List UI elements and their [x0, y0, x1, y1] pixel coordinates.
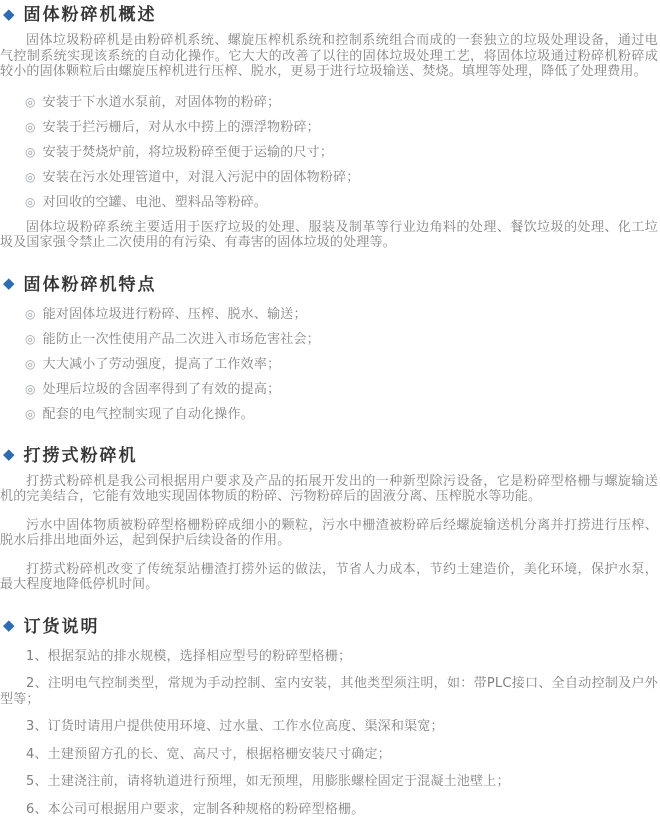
diamond-icon: ◆	[3, 276, 15, 291]
bullet-item: ◎ 对回收的空罐、电池、塑料品等粉碎。	[25, 195, 658, 210]
bullet-item: ◎ 大大减小了劳动强度，提高了工作效率；	[25, 357, 658, 372]
diamond-icon: ◆	[3, 7, 15, 22]
section-title: 固体粉碎机概述	[24, 5, 157, 25]
ring-bullet-icon: ◎	[25, 95, 36, 110]
section-title: 固体粉碎机特点	[24, 275, 157, 295]
section-title: 订货说明	[24, 617, 100, 637]
bullet-item: ◎ 安装于拦污栅后，对从水中捞上的漂浮物粉碎；	[25, 120, 658, 135]
bullet-text: 能防止一次性使用产品二次进入市场危害社会；	[43, 332, 320, 347]
section-solid-crusher-features: ◆ 固体粉碎机特点 ◎ 能对固体垃圾进行粉碎、压榨、脱水、输送； ◎ 能防止一次…	[0, 275, 658, 422]
ordering-item-list: 1、根据泵站的排水规模，选择相应型号的粉碎型格栅； 2、注明电气控制类型，常规为…	[0, 649, 658, 818]
salvage-paragraph: 打捞式粉碎机改变了传统泵站栅渣打捞外运的做法，节省人力成本，节约土建造价，美化环…	[0, 562, 658, 593]
bullet-item: ◎ 安装于下水道水泵前，对固体物的粉碎；	[25, 95, 658, 110]
ring-bullet-icon: ◎	[25, 307, 36, 322]
bullet-text: 安装在污水处理管道中，对混入污泥中的固体物粉碎；	[43, 170, 360, 185]
ordering-item: 2、注明电气控制类型，常规为手动控制、室内安装，其他类型须注明，如：带PLC接口…	[0, 676, 658, 707]
section-heading: ◆ 固体粉碎机特点	[3, 275, 658, 295]
overview-bullet-list: ◎ 安装于下水道水泵前，对固体物的粉碎； ◎ 安装于拦污栅后，对从水中捞上的漂浮…	[0, 95, 658, 210]
ordering-item: 6、本公司可根据用户要求，定制各种规格的粉碎型格栅。	[0, 802, 658, 818]
overview-outro-paragraph: 固体垃圾粉碎系统主要适用于医疗垃圾的处理、服装及制革等行业边角料的处理、餐饮垃圾…	[0, 220, 658, 251]
ring-bullet-icon: ◎	[25, 407, 36, 422]
diamond-icon: ◆	[3, 618, 15, 633]
bullet-text: 安装于拦污栅后，对从水中捞上的漂浮物粉碎；	[43, 120, 320, 135]
bullet-text: 安装于下水道水泵前，对固体物的粉碎；	[43, 95, 281, 110]
salvage-paragraph: 打捞式粉碎机是我公司根据用户要求及产品的拓展开发出的一种新型除污设备，它是粉碎型…	[0, 474, 658, 505]
section-title: 打捞式粉碎机	[24, 446, 138, 466]
bullet-text: 安装于焚烧炉前，将垃圾粉碎至便于运输的尺寸；	[43, 145, 333, 160]
bullet-item: ◎ 配套的电气控制实现了自动化操作。	[25, 407, 658, 422]
section-heading: ◆ 订货说明	[3, 617, 658, 637]
section-heading: ◆ 固体粉碎机概述	[3, 5, 658, 25]
section-ordering-instructions: ◆ 订货说明 1、根据泵站的排水规模，选择相应型号的粉碎型格栅； 2、注明电气控…	[0, 617, 658, 818]
ring-bullet-icon: ◎	[25, 382, 36, 397]
bullet-text: 处理后垃圾的含固率得到了有效的提高；	[43, 382, 281, 397]
ring-bullet-icon: ◎	[25, 357, 36, 372]
ordering-item: 1、根据泵站的排水规模，选择相应型号的粉碎型格栅；	[0, 649, 658, 665]
ring-bullet-icon: ◎	[25, 120, 36, 135]
salvage-paragraph: 污水中固体物质被粉碎型格栅粉碎成细小的颗粒，污水中栅渣被粉碎后经螺旋输送机分离并…	[0, 518, 658, 549]
bullet-item: ◎ 处理后垃圾的含固率得到了有效的提高；	[25, 382, 658, 397]
bullet-item: ◎ 安装在污水处理管道中，对混入污泥中的固体物粉碎；	[25, 170, 658, 185]
ring-bullet-icon: ◎	[25, 332, 36, 347]
ring-bullet-icon: ◎	[25, 195, 36, 210]
product-description-page: ◆ 固体粉碎机概述 固体垃圾粉碎机是由粉碎机系统、螺旋压榨机系统和控制系统组合而…	[0, 0, 660, 817]
bullet-text: 大大减小了劳动强度，提高了工作效率；	[43, 357, 281, 372]
section-solid-crusher-overview: ◆ 固体粉碎机概述 固体垃圾粉碎机是由粉碎机系统、螺旋压榨机系统和控制系统组合而…	[0, 5, 658, 251]
ordering-item: 5、土建浇注前，请将轨道进行预埋，如无预埋，用膨胀螺栓固定于混凝土池壁上；	[0, 774, 658, 790]
ring-bullet-icon: ◎	[25, 170, 36, 185]
bullet-item: ◎ 安装于焚烧炉前，将垃圾粉碎至便于运输的尺寸；	[25, 145, 658, 160]
overview-intro-paragraph: 固体垃圾粉碎机是由粉碎机系统、螺旋压榨机系统和控制系统组合而成的一套独立的垃圾处…	[0, 33, 658, 80]
section-salvage-crusher: ◆ 打捞式粉碎机 打捞式粉碎机是我公司根据用户要求及产品的拓展开发出的一种新型除…	[0, 446, 658, 593]
section-heading: ◆ 打捞式粉碎机	[3, 446, 658, 466]
bullet-text: 配套的电气控制实现了自动化操作。	[43, 407, 254, 422]
bullet-text: 对回收的空罐、电池、塑料品等粉碎。	[43, 195, 267, 210]
bullet-item: ◎ 能防止一次性使用产品二次进入市场危害社会；	[25, 332, 658, 347]
bullet-item: ◎ 能对固体垃圾进行粉碎、压榨、脱水、输送；	[25, 307, 658, 322]
ring-bullet-icon: ◎	[25, 145, 36, 160]
diamond-icon: ◆	[3, 447, 15, 462]
features-bullet-list: ◎ 能对固体垃圾进行粉碎、压榨、脱水、输送； ◎ 能防止一次性使用产品二次进入市…	[0, 307, 658, 422]
ordering-item: 3、订货时请用户提供使用环境、过水量、工作水位高度、渠深和渠宽；	[0, 719, 658, 735]
ordering-item: 4、土建预留方孔的长、宽、高尺寸，根据格栅安装尺寸确定；	[0, 747, 658, 763]
bullet-text: 能对固体垃圾进行粉碎、压榨、脱水、输送；	[43, 307, 307, 322]
